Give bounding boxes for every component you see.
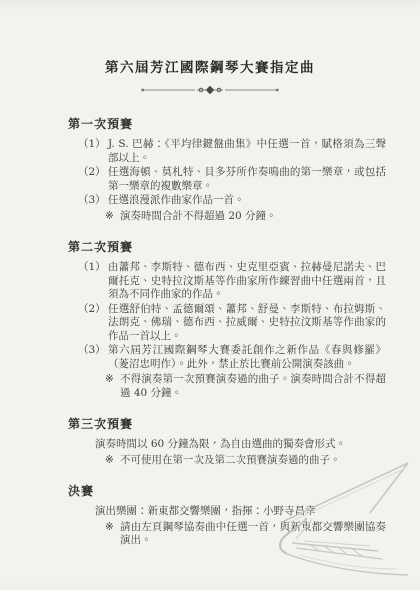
note-text: 演奏時間合計不得超過 20 分鐘。 (120, 210, 386, 224)
note-text: 不可使用在第一次及第二次預賽演奏過的曲子。 (120, 454, 386, 468)
section: 第三次預賽演奏時間以 60 分鐘為限，為自由選曲的獨奏會形式。※不可使用在第一次… (68, 415, 386, 467)
note-line: ※請由左頁鋼琴協奏曲中任選一首，與新東都交響樂團協奏演出。 (105, 521, 386, 548)
section-heading: 決賽 (68, 482, 386, 499)
note-line: ※不可使用在第一次及第二次預賽演奏過的曲子。 (105, 454, 386, 468)
note-marker: ※ (105, 373, 120, 400)
item-text: J. S. 巴赫：《平均律鍵盤曲集》中任選一首，賦格須為三聲部以上。 (108, 138, 386, 165)
note-text: 請由左頁鋼琴協奏曲中任選一首，與新東都交響樂團協奏演出。 (120, 521, 386, 548)
item-text: 任選浪漫派作曲家作品一首。 (108, 194, 386, 208)
sections-container: 第一次預賽（1）J. S. 巴赫：《平均律鍵盤曲集》中任選一首，賦格須為三聲部以… (68, 115, 386, 548)
list-item: （2）任選舒伯特、孟德爾頌、蕭邦、舒曼、李斯特、布拉姆斯、法朗克、佛瑞、德布西、… (78, 303, 386, 344)
note-marker: ※ (105, 210, 120, 224)
section: 決賽演出樂團：新東都交響樂團，指揮：小野寺昌幸※請由左頁鋼琴協奏曲中任選一首，與… (68, 482, 386, 548)
section: 第一次預賽（1）J. S. 巴赫：《平均律鍵盤曲集》中任選一首，賦格須為三聲部以… (68, 115, 386, 223)
note-marker: ※ (105, 521, 120, 548)
item-text: 由蕭邦、李斯特、德布西、史克里亞賓、拉赫曼尼諾夫、巴爾托克、史特拉汶斯基等作曲家… (108, 261, 386, 302)
list-item: （3）任選浪漫派作曲家作品一首。 (78, 194, 386, 208)
plain-line: 演奏時間以 60 分鐘為限，為自由選曲的獨奏會形式。 (95, 438, 386, 452)
title-divider-ornament (140, 84, 280, 96)
scanned-document-page: 第六屆芳江國際鋼琴大賽指定曲 第一次預賽（1）J. S. 巴赫：《平均律鍵盤曲集… (0, 0, 420, 590)
document-body: 第一次預賽（1）J. S. 巴赫：《平均律鍵盤曲集》中任選一首，賦格須為三聲部以… (0, 96, 420, 548)
note-marker: ※ (105, 454, 120, 468)
note-line: ※演奏時間合計不得超過 20 分鐘。 (105, 210, 386, 224)
plain-line: 演出樂團：新東都交響樂團，指揮：小野寺昌幸 (95, 505, 386, 519)
item-number: （2） (78, 303, 108, 344)
item-number: （3） (78, 194, 108, 208)
section: 第二次預賽（1）由蕭邦、李斯特、德布西、史克里亞賓、拉赫曼尼諾夫、巴爾托克、史特… (68, 238, 386, 400)
item-number: （2） (78, 166, 108, 193)
item-number: （1） (78, 138, 108, 165)
note-text: 不得演奏第一次預賽演奏過的曲子。演奏時間合計不得超過 40 分鐘。 (120, 373, 386, 400)
item-number: （1） (78, 261, 108, 302)
page-title: 第六屆芳江國際鋼琴大賽指定曲 (0, 0, 420, 76)
item-text: 任選舒伯特、孟德爾頌、蕭邦、舒曼、李斯特、布拉姆斯、法朗克、佛瑞、德布西、拉威爾… (108, 303, 386, 344)
list-item: （1）由蕭邦、李斯特、德布西、史克里亞賓、拉赫曼尼諾夫、巴爾托克、史特拉汶斯基等… (78, 261, 386, 302)
list-item: （1）J. S. 巴赫：《平均律鍵盤曲集》中任選一首，賦格須為三聲部以上。 (78, 138, 386, 165)
item-text: 第六屆芳江國際鋼琴大賽委託創作之新作品《春與修羅》（菱沼忠明作）。此外，禁止於比… (108, 344, 386, 371)
section-heading: 第三次預賽 (68, 415, 386, 432)
section-heading: 第一次預賽 (68, 115, 386, 132)
list-item: （2）任選海頓、莫札特、貝多芬所作奏鳴曲的第一樂章，或包括第一樂章的複數樂章。 (78, 166, 386, 193)
note-line: ※不得演奏第一次預賽演奏過的曲子。演奏時間合計不得超過 40 分鐘。 (105, 373, 386, 400)
list-item: （3）第六屆芳江國際鋼琴大賽委託創作之新作品《春與修羅》（菱沼忠明作）。此外，禁… (78, 344, 386, 371)
item-number: （3） (78, 344, 108, 371)
section-heading: 第二次預賽 (68, 238, 386, 255)
item-text: 任選海頓、莫札特、貝多芬所作奏鳴曲的第一樂章，或包括第一樂章的複數樂章。 (108, 166, 386, 193)
